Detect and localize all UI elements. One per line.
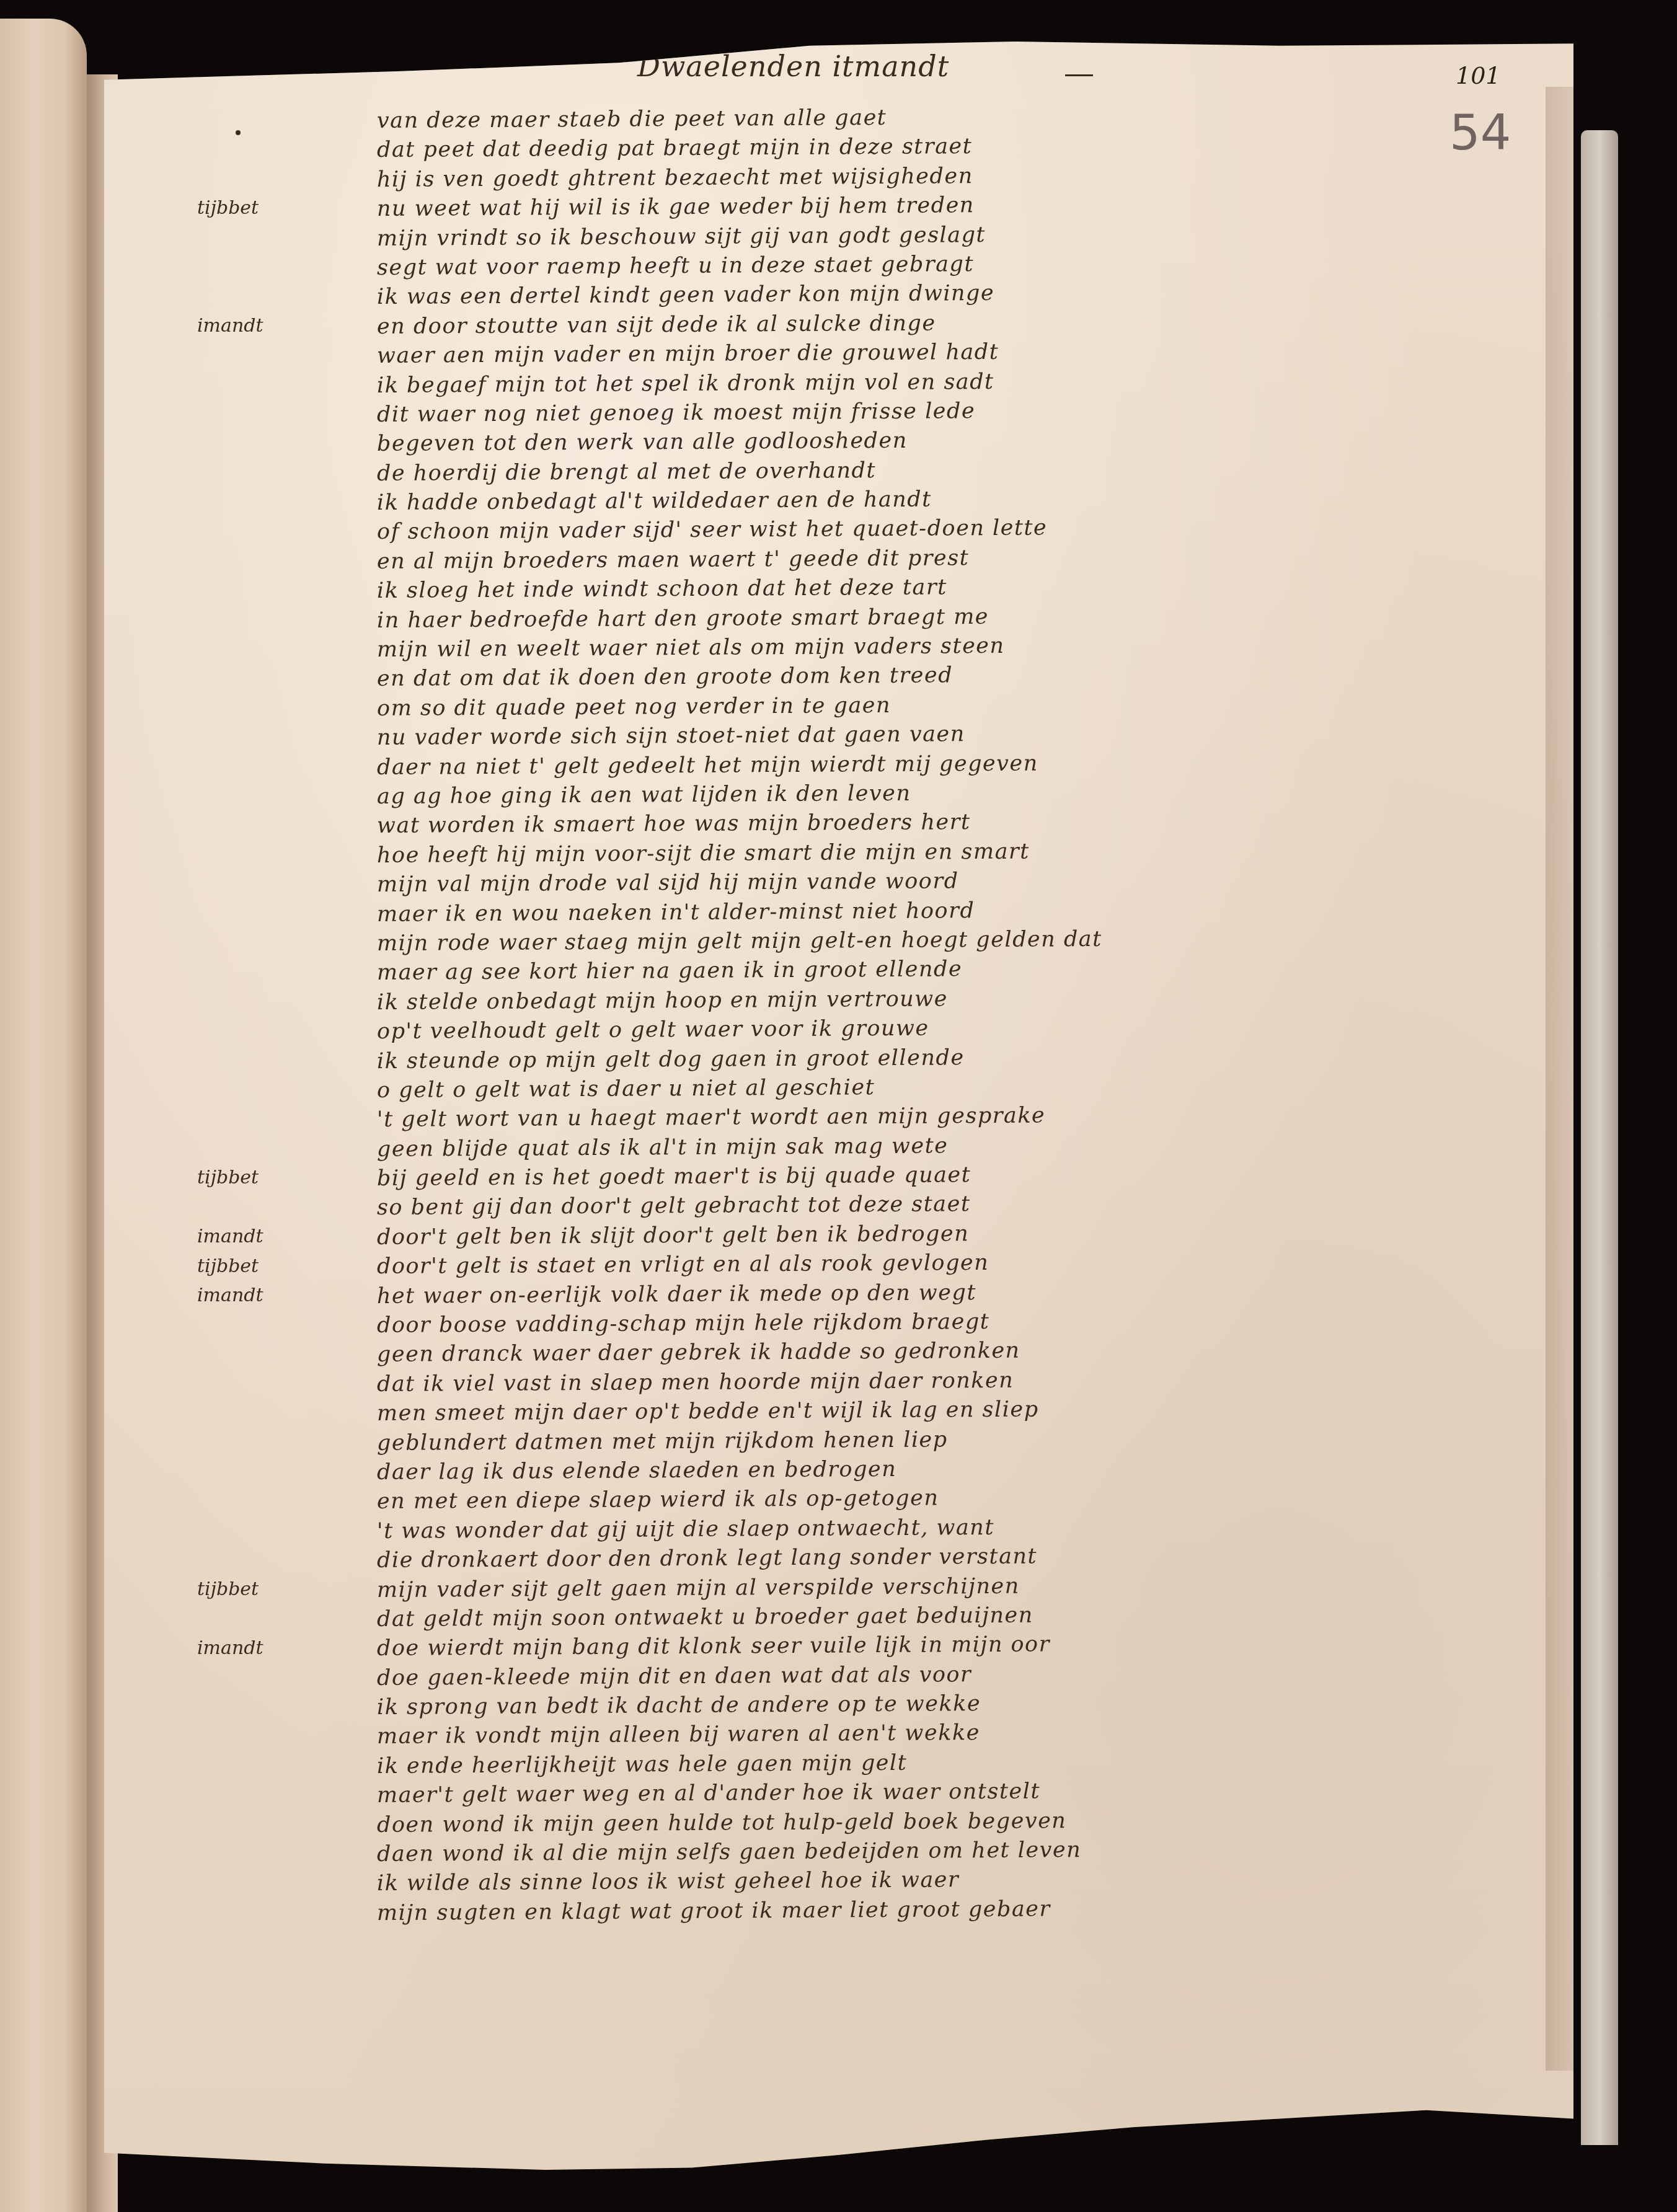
speaker-label: imandt — [197, 315, 263, 337]
speaker-label: tijbbet — [197, 1167, 259, 1188]
header-flourish — [1065, 74, 1093, 76]
folio-number-ink: 101 — [1456, 62, 1501, 89]
margin-ink-dot — [236, 130, 241, 135]
manuscript-text-block: van deze maer staeb die peet van alle ga… — [377, 107, 1542, 1928]
speaker-label: tijbbet — [197, 1255, 259, 1277]
page-header-title: Dwaelenden itmandt — [637, 50, 949, 83]
manuscript-page: Dwaelenden itmandt 101 54 tijbbetimandtt… — [104, 37, 1573, 2170]
speaker-label: imandt — [197, 1637, 263, 1659]
speaker-label: imandt — [197, 1226, 263, 1247]
page-shadow-edge — [1546, 87, 1573, 2071]
left-page-edge — [0, 19, 87, 2212]
speaker-label: tijbbet — [197, 197, 259, 219]
speaker-label: tijbbet — [197, 1578, 259, 1600]
speaker-label: imandt — [197, 1285, 263, 1306]
page-stack-edge — [1581, 130, 1618, 2145]
